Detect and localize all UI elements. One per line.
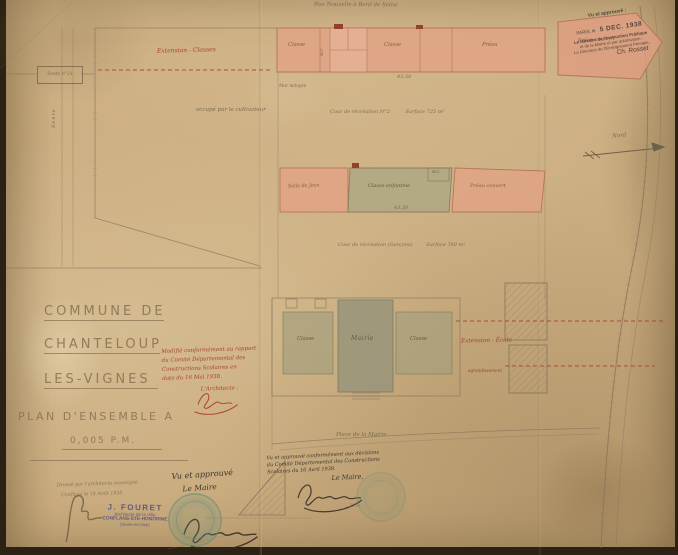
agrandissement-note: agrandissement <box>468 369 502 374</box>
cartouche-text: Sente n°31 <box>47 73 72 78</box>
extension-ecole-note: Extension - École <box>461 338 512 345</box>
label-preau-top: Préau <box>482 43 497 49</box>
stamp-city: PARIS, le <box>576 28 596 36</box>
title-underline <box>44 388 158 389</box>
scanned-site-plan-document: Rue Nouvelle à Bord de Seine Sente Sente… <box>0 0 678 555</box>
title-scale: 0,005 P.M. <box>70 436 136 446</box>
label-wc-top: W.C. <box>320 47 324 56</box>
label-wc-mid: W.C. <box>432 170 440 174</box>
title-underline <box>44 320 164 321</box>
courtyard1-label: Cour de récréation N°2 Surface 725 m² <box>330 110 444 116</box>
top-school-building-shape <box>277 24 545 72</box>
street-label-top: Rue Nouvelle à Bord de Seine <box>314 2 398 9</box>
party-wall-note: Mur mitoyen <box>279 84 306 89</box>
title-underline <box>62 449 162 450</box>
round-municipal-stamp <box>356 472 406 522</box>
occupancy-note: occupé par le cultivateur <box>196 107 266 113</box>
title-bottom-rule <box>30 460 188 461</box>
label-classe-low-2: Classe <box>410 337 427 343</box>
architect-red-signature <box>194 394 237 415</box>
courtyard1-name: Cour de récréation N°2 <box>330 109 390 115</box>
label-mairie: Mairie <box>351 336 374 343</box>
architect-stamp: J. FOURET Architecte de la Ville CONFLAN… <box>95 502 175 527</box>
mayor-approval-left: Vu et approuvé Le Maire <box>171 468 234 494</box>
label-classe-top-1: Classe <box>288 43 305 49</box>
boundary-cartouche: Sente n°31 <box>37 66 83 84</box>
label-salle-de-jeux: Salle de Jeux <box>288 183 320 189</box>
dimension-mid: 43,50 <box>394 206 408 212</box>
courtyard2-label: Cour de récréation (Garçons) Surface 780… <box>338 243 465 249</box>
right-road-lines <box>601 6 661 548</box>
courtyard2-name: Cour de récréation (Garçons) <box>338 242 413 248</box>
sente-label: Sente <box>52 108 58 128</box>
round-municipal-stamp <box>168 493 222 547</box>
label-preau-couvert-mid: Préau couvert <box>470 184 506 190</box>
dimension-top: 43,50 <box>397 75 411 81</box>
title-underline <box>44 353 160 354</box>
label-classe-low-1: Classe <box>297 337 314 343</box>
title-plan-densemble: PLAN D'ENSEMBLE A <box>18 410 175 423</box>
lower-buildings-shape <box>272 298 460 399</box>
title-commune-de: COMMUNE DE <box>44 304 166 319</box>
title-chanteloup: CHANTELOUP <box>44 337 162 352</box>
place-de-la-mairie-label: Place de la Mairie <box>336 432 386 438</box>
architect-pencil-note: Dressé par l'architecte soussigné Confla… <box>57 479 139 502</box>
title-les-vignes: LES-VIGNES <box>44 372 151 387</box>
courtyard2-area: Surface 780 m² <box>426 242 465 248</box>
red-amendment-note: Modifié conformément au rapport du Comit… <box>161 344 275 396</box>
label-classe-top-2: Classe <box>384 43 401 49</box>
north-label: Nord <box>612 133 627 140</box>
label-classe-enfantine: Classe enfantine <box>368 184 410 190</box>
courtyard1-area: Surface 725 m² <box>405 109 444 115</box>
north-arrow-icon <box>583 143 664 159</box>
